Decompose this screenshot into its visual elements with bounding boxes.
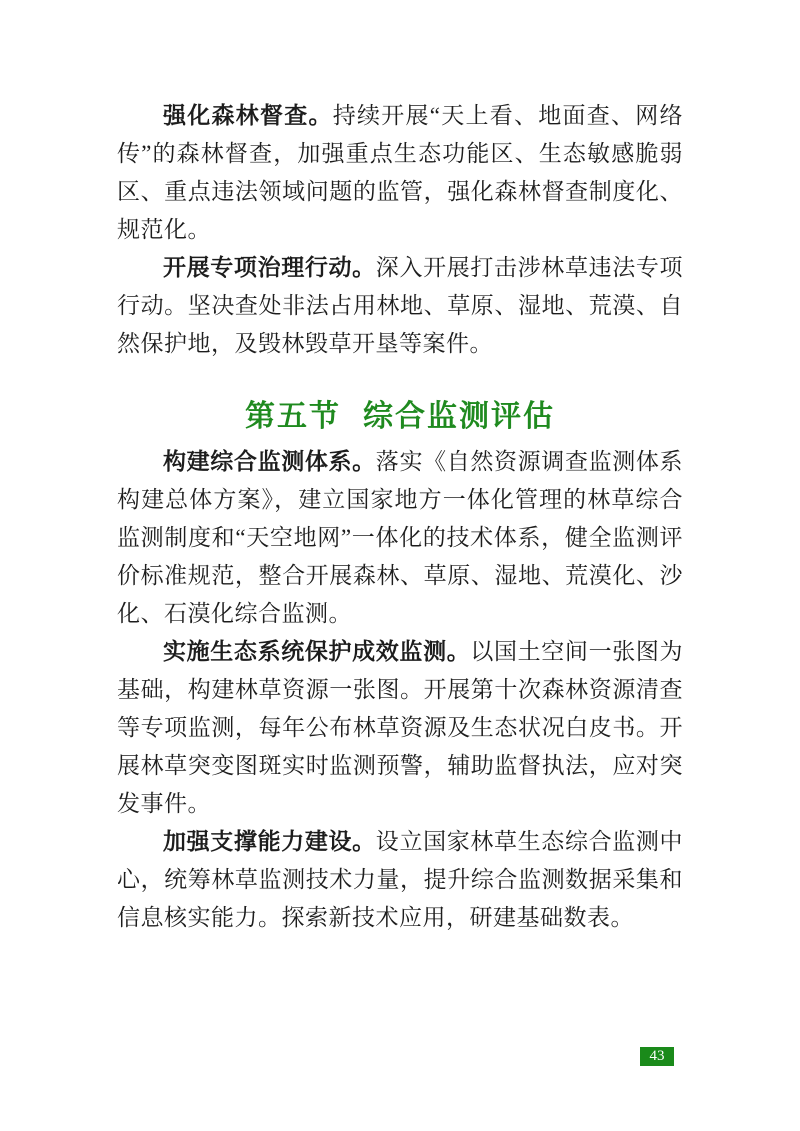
paragraph-forest-supervision: 强化森林督查。持续开展“天上看、地面查、网络传”的森林督查，加强重点生态功能区、…	[117, 97, 683, 249]
paragraph-body: 以国土空间一张图为基础，构建林草资源一张图。开展第十次森林资源清查等专项监测，每…	[117, 639, 683, 816]
text-block: 强化森林督查。持续开展“天上看、地面查、网络传”的森林督查，加强重点生态功能区、…	[117, 97, 683, 937]
paragraph-support-capacity: 加强支撑能力建设。设立国家林草生态综合监测中心，统筹林草监测技术力量，提升综合监…	[117, 823, 683, 937]
paragraph-lead: 实施生态系统保护成效监测。	[163, 639, 470, 664]
paragraph-lead: 构建综合监测体系。	[163, 449, 376, 474]
paragraph-ecosystem-monitoring: 实施生态系统保护成效监测。以国土空间一张图为基础，构建林草资源一张图。开展第十次…	[117, 633, 683, 823]
section-heading-number: 第五节	[245, 400, 341, 433]
paragraph-lead: 开展专项治理行动。	[163, 255, 376, 280]
document-page: 强化森林督查。持续开展“天上看、地面查、网络传”的森林督查，加强重点生态功能区、…	[0, 0, 800, 1131]
section-heading: 第五节综合监测评估	[117, 393, 683, 441]
paragraph-body: 落实《自然资源调查监测体系构建总体方案》，建立国家地方一体化管理的林草综合监测制…	[117, 449, 683, 626]
section-heading-title: 综合监测评估	[363, 400, 555, 433]
paragraph-monitoring-system: 构建综合监测体系。落实《自然资源调查监测体系构建总体方案》，建立国家地方一体化管…	[117, 443, 683, 633]
paragraph-lead: 加强支撑能力建设。	[163, 829, 376, 854]
paragraph-lead: 强化森林督查。	[163, 103, 333, 128]
page-number-badge: 43	[640, 1047, 674, 1066]
paragraph-special-action: 开展专项治理行动。深入开展打击涉林草违法专项行动。坚决查处非法占用林地、草原、湿…	[117, 249, 683, 363]
